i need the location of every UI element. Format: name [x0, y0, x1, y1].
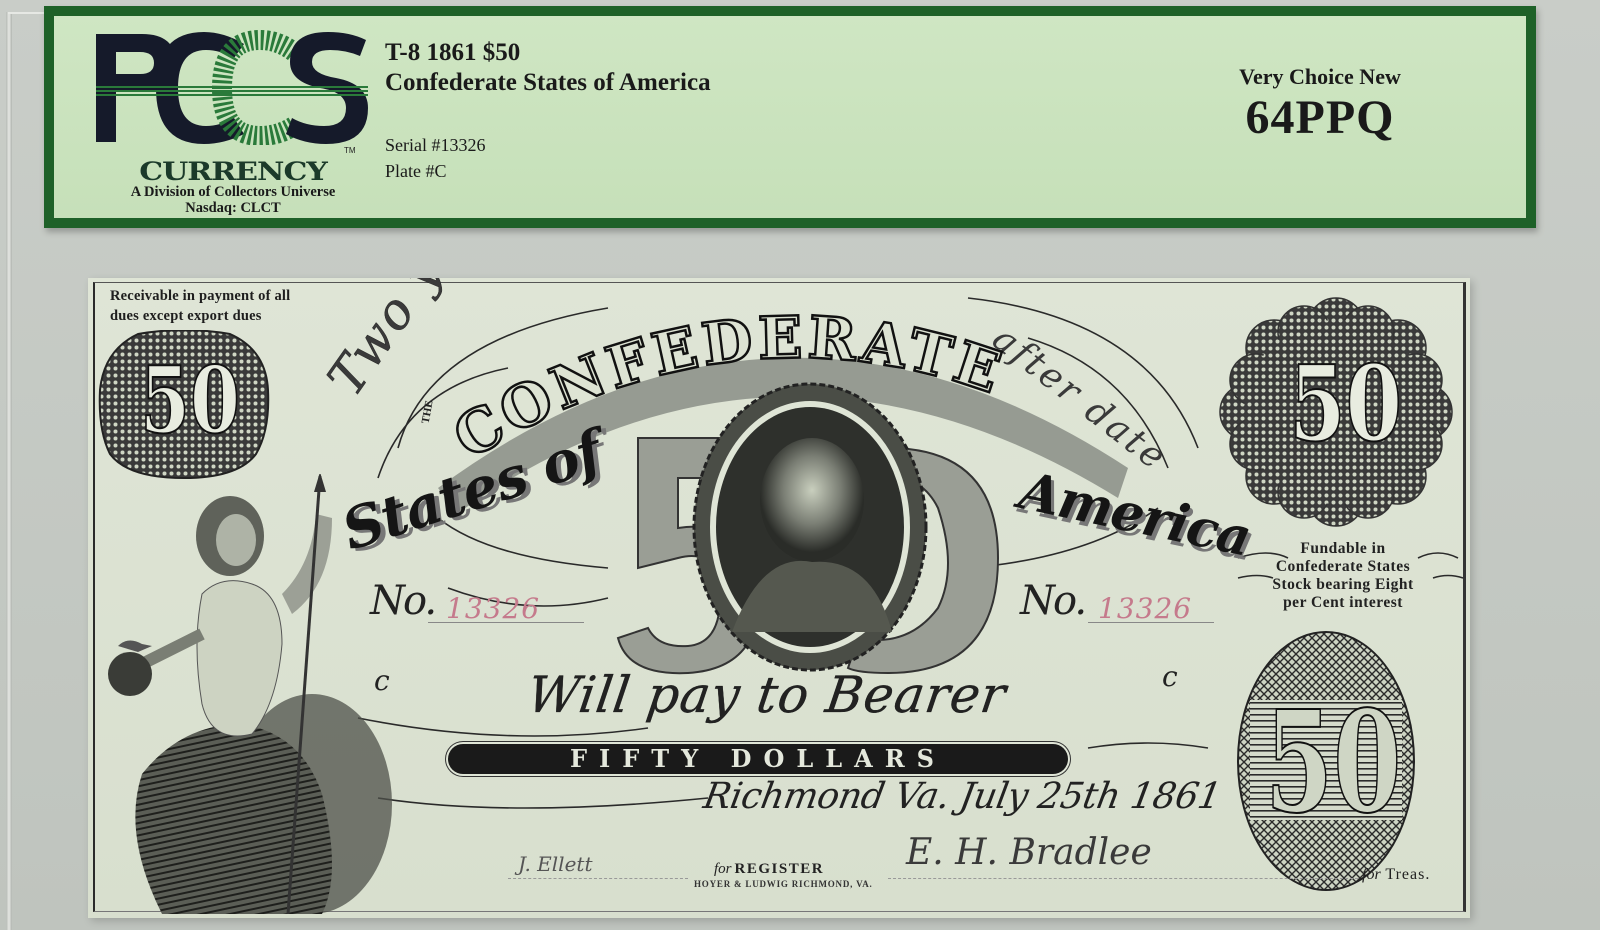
for-register-text: REGISTER — [735, 861, 825, 877]
receivable-line-2: dues except export dues — [110, 306, 290, 326]
logo-wordmark: CURRENCY — [88, 157, 378, 187]
serial-underline-left — [428, 622, 584, 623]
plate-letter: Plate #C — [385, 158, 711, 184]
for-treas-text: Treas. — [1385, 866, 1430, 883]
trademark-symbol: TM — [344, 146, 356, 155]
register-signature-line — [508, 878, 688, 879]
slab-holder-edge — [6, 12, 12, 930]
serial-number-right: 13326 — [1098, 592, 1192, 625]
place-and-date: Richmond Va. July 25th 1861 — [700, 776, 1224, 817]
for-register-caption: forREGISTER — [714, 861, 824, 878]
denomination-left: 50 — [140, 350, 226, 450]
logo-subtitle: A Division of Collectors Universe Nasdaq… — [78, 184, 388, 216]
fundable-line-4: per Cent interest — [1238, 594, 1448, 612]
fundable-line-2: Confederate States — [1238, 558, 1448, 576]
for-register-prefix: for — [714, 861, 732, 877]
serial-number-left: 13326 — [446, 592, 540, 625]
promise-text: Will pay to Bearer — [524, 666, 1010, 724]
issuer-title: Confederate States of America — [385, 68, 711, 98]
treasurer-signature-line — [888, 878, 1358, 879]
serial-prefix-right: No. — [1020, 578, 1085, 624]
serial-underline-right — [1088, 622, 1214, 623]
receivable-clause: Receivable in payment of all dues except… — [110, 286, 290, 326]
banknote: Receivable in payment of all dues except… — [88, 278, 1470, 918]
grade-score: 64PPQ — [1210, 90, 1430, 146]
denomination-right: 50 — [1289, 348, 1383, 460]
pcgs-currency-logo: TM CURRENCY A Division of Collectors Uni… — [68, 22, 368, 212]
ticker-text: Nasdaq: CLCT — [78, 200, 388, 216]
denomination-bottom: 50 — [1265, 688, 1391, 838]
for-treasurer-caption: for Treas. — [1362, 866, 1430, 884]
grading-label: TM CURRENCY A Division of Collectors Uni… — [44, 6, 1536, 228]
plate-letter-right: c — [1162, 660, 1178, 693]
receivable-line-1: Receivable in payment of all — [110, 286, 290, 306]
washington-portrait — [692, 382, 928, 672]
grading-label-inner: TM CURRENCY A Division of Collectors Uni… — [54, 16, 1526, 218]
note-description: T-8 1861 $50 Confederate States of Ameri… — [385, 38, 711, 184]
pcgs-logo-icon — [94, 30, 369, 145]
serial-number: Serial #13326 — [385, 132, 711, 158]
register-signature: J. Ellett — [518, 852, 592, 876]
for-treas-prefix: for — [1362, 866, 1381, 883]
division-text: A Division of Collectors Universe — [78, 184, 388, 200]
fundable-line-1: Fundable in — [1238, 540, 1448, 558]
slab-holder-top-edge — [8, 12, 48, 14]
grade-description: Very Choice New — [1210, 64, 1430, 90]
printer-imprint: HOYER & LUDWIG RICHMOND, VA. — [694, 879, 873, 889]
fundable-clause: Fundable in Confederate States Stock bea… — [1238, 540, 1448, 612]
fundable-line-3: Stock bearing Eight — [1238, 576, 1448, 594]
treasurer-signature: E. H. Bradlee — [906, 832, 1152, 873]
catalog-title: T-8 1861 $50 — [385, 38, 711, 68]
grade-block: Very Choice New 64PPQ — [1210, 64, 1430, 146]
allegorical-figure — [102, 474, 392, 914]
amount-band: FIFTY DOLLARS — [448, 744, 1068, 774]
